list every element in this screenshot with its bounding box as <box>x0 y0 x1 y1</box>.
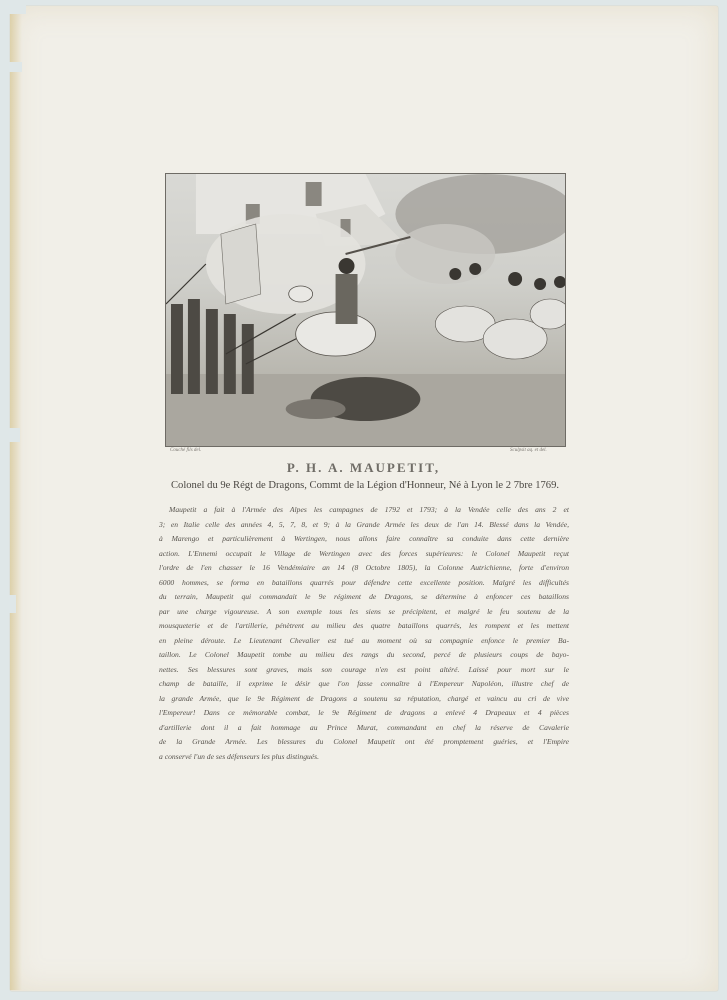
text-line: nettes. Ses blessures sont graves, mais … <box>159 663 569 678</box>
text-line: 3; en Italie celle des années 4, 5, 7, 8… <box>159 518 569 533</box>
text-line: l'Empereur! Dans ce mémorable combat, le… <box>159 706 569 721</box>
text-line: taillon. Le Colonel Maupetit tombe au mi… <box>159 648 569 663</box>
text-line: par une charge vigoureuse. A son exemple… <box>159 605 569 620</box>
text-line: l'ordre de l'en chasser le 16 Vendémiair… <box>159 561 569 576</box>
page-subtitle: Colonel du 9e Régt de Dragons, Commt de … <box>160 480 570 491</box>
paper-tear <box>0 0 26 14</box>
paper-edge-stain <box>10 10 22 990</box>
page-title: P. H. A. MAUPETIT, <box>0 460 727 476</box>
text-line: la grande Armée, que le 9e Régiment de D… <box>159 692 569 707</box>
engraving-credit-left: Couché fils del. <box>170 448 201 453</box>
text-line: en pleine déroute. Le Lieutenant Chevali… <box>159 634 569 649</box>
paper-tear <box>0 428 20 442</box>
text-line: de la Grande Armée. Les blessures du Col… <box>159 735 569 750</box>
text-line: d'artillerie dont il a fait hommage au P… <box>159 721 569 736</box>
text-line: mousqueterie et de l'artillerie, pénètre… <box>159 619 569 634</box>
paper-sheet <box>10 6 718 991</box>
paper-tear <box>0 62 22 72</box>
paper-tear <box>0 595 16 613</box>
text-line: action. L'Ennemi occupait le Village de … <box>159 547 569 562</box>
engraving-credit-right: Sculpsit aq. et del. <box>510 448 547 453</box>
text-line: 6000 hommes, se forma en bataillons quar… <box>159 576 569 591</box>
text-line: du terrain, Maupetit qui commandait le 9… <box>159 590 569 605</box>
text-line: Maupetit a fait à l'Armée des Alpes les … <box>159 503 569 518</box>
text-line: a conservé l'un de ses défenseurs les pl… <box>159 750 569 765</box>
engraving-illustration <box>165 173 566 447</box>
battle-scene-image <box>166 174 565 446</box>
text-line: champ de bataille, il exprime le désir q… <box>159 677 569 692</box>
biography-text: Maupetit a fait à l'Armée des Alpes les … <box>159 503 569 764</box>
text-line: à Marengo et particulièrement à Wertinge… <box>159 532 569 547</box>
